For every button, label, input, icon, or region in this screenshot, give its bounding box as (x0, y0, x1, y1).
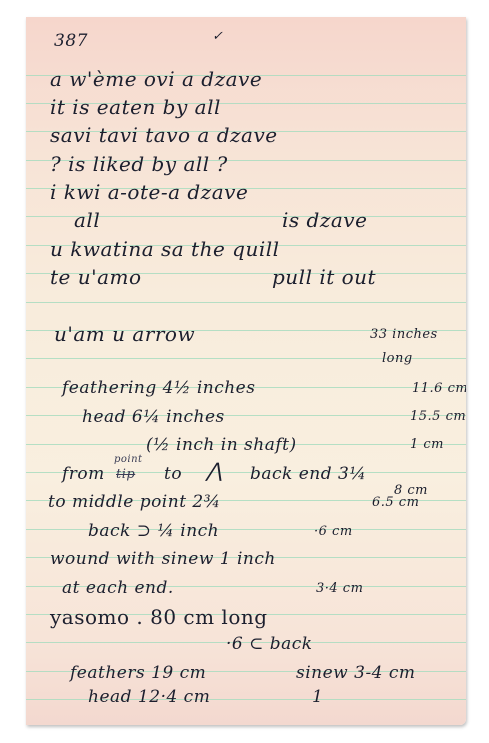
arrowhead-sketch-icon: ⋀ (206, 458, 223, 482)
note-line: to (164, 464, 182, 484)
notebook-page: 387 ✓ a w'ème ovi a dzave it is eaten by… (26, 17, 466, 725)
note-line: wound with sinew 1 inch (50, 549, 276, 569)
note-line: a w'ème ovi a dzave (50, 67, 262, 91)
note-line: to middle point 2¾ (48, 492, 221, 512)
note-measure: 1 (312, 687, 323, 707)
note-line: all (74, 208, 100, 232)
note-line: feathering 4½ inches (62, 378, 255, 398)
note-struck-word: tip (116, 467, 135, 482)
note-line: head 6¼ inches (82, 407, 225, 427)
note-line: back ⊃ ¼ inch (88, 521, 219, 541)
note-line: i kwi a-ote-a dzave (50, 180, 248, 204)
note-measure: ·6 cm (314, 524, 353, 539)
note-line: (½ inch in shaft) (146, 435, 297, 455)
note-line-right: is dzave (282, 208, 367, 232)
ruled-line (26, 302, 466, 303)
note-measure: 11.6 cm (412, 381, 466, 396)
note-line: from (62, 464, 105, 484)
note-line: ·6 ⊂ back (226, 634, 313, 654)
note-line: back end 3¼ (250, 464, 366, 484)
note-line: at each end. (62, 578, 174, 598)
note-line: ? is liked by all ? (50, 152, 228, 176)
note-line: it is eaten by all (50, 95, 221, 119)
note-line-right: pull it out (272, 265, 376, 289)
note-measure: long (382, 351, 413, 366)
note-line: yasomo . 80 cm long (50, 605, 268, 629)
note-line: savi tavi tavo a dzave (50, 123, 278, 147)
check-mark-icon: ✓ (212, 29, 223, 44)
note-measure: sinew 3-4 cm (296, 663, 416, 683)
note-line: u kwatina sa the quill (50, 237, 280, 261)
note-measure: 6.5 cm (372, 495, 419, 510)
note-measure: 3·4 cm (316, 581, 363, 596)
note-insertion: point (114, 454, 143, 465)
note-line: head 12·4 cm (88, 687, 210, 707)
note-measure: 15.5 cm (410, 409, 466, 424)
note-line: feathers 19 cm (70, 663, 206, 683)
note-measure: 1 cm (410, 437, 444, 452)
note-measure: 33 inches (370, 327, 438, 342)
note-line: te u'amo (50, 265, 142, 289)
page-number: 387 (54, 31, 88, 51)
note-line: u'am u arrow (54, 322, 195, 346)
